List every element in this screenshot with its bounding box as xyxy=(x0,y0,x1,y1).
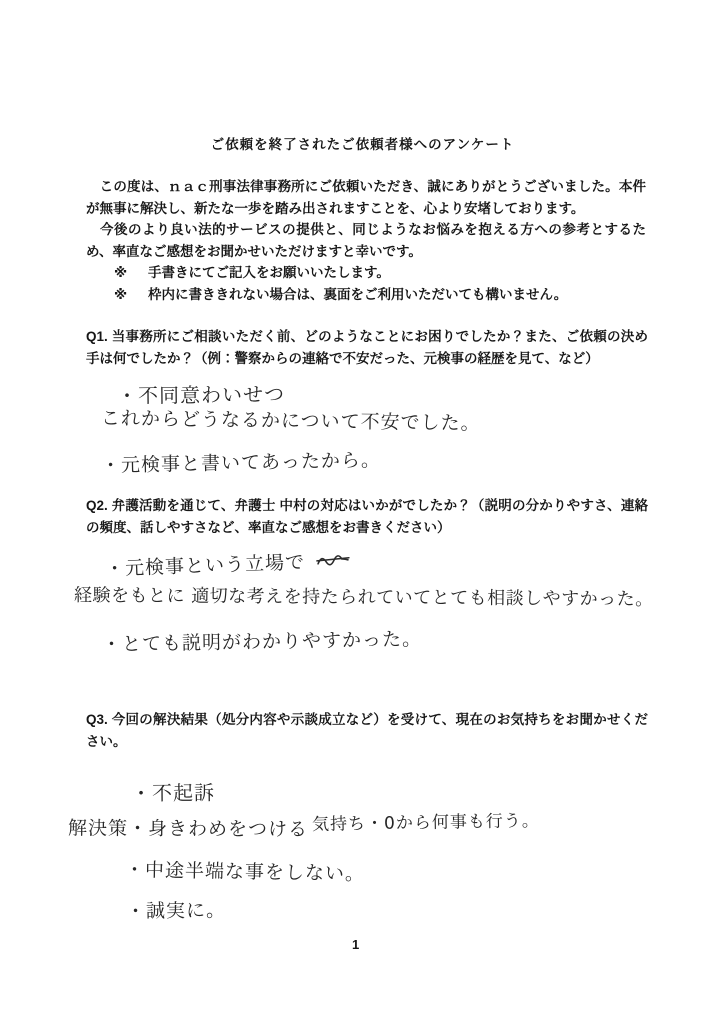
question-2-heading: Q2. 弁護活動を通じて、弁護士 中村の対応はいかがでしたか？（説明の分かりやす… xyxy=(86,495,648,539)
note-backside-allowed: ※ 枠内に書ききれない場合は、裏面をご利用いただいても構いません。 xyxy=(114,284,646,306)
note-marker-icon: ※ xyxy=(114,284,148,306)
q3-handwritten-answer-line-3: ・中途半端な事をしない。 xyxy=(125,855,365,886)
note-text: 枠内に書ききれない場合は、裏面をご利用いただいても構いません。 xyxy=(148,284,567,306)
note-marker-icon: ※ xyxy=(114,262,148,284)
crossed-out-word-scribble xyxy=(316,550,351,573)
q3-handwritten-answer-line-1: ・不起訴 xyxy=(131,777,215,807)
q2-answer-text: ・元検事という立場で xyxy=(105,551,306,580)
q3-handwritten-answer-line-4: ・誠実に。 xyxy=(126,895,226,923)
q2-handwritten-answer-line-2: 経験をもとに 適切な考えを持たられていてとても相談しやすかった。 xyxy=(74,581,654,611)
q1-handwritten-answer-line-3: ・元検事と書いてあったから。 xyxy=(101,445,381,478)
survey-page: ご依頼を終了されたご依頼者様へのアンケート この度は、ｎａｃ刑事法律事務所にご依… xyxy=(0,0,725,1024)
intro-paragraph-1: この度は、ｎａｃ刑事法律事務所にご依頼いただき、誠にありがとうございました。本件… xyxy=(86,176,646,219)
q3-handwritten-answer-line-2-right: 気持ち・0から何事も行う。 xyxy=(312,806,540,835)
note-handwritten-request: ※ 手書きにてご記入をお願いいたします。 xyxy=(114,262,646,284)
question-1-heading: Q1. 当事務所にご相談いただく前、どのようなことにお困りでしたか？また、ご依頼… xyxy=(86,326,648,370)
intro-paragraph-2: 今後のより良い法的サービスの提供と、同じようなお悩みを抱える方への参考とするため… xyxy=(86,219,646,262)
q1-handwritten-answer-line-2: これからどうなるかについて不安でした。 xyxy=(101,403,481,435)
q3-handwritten-answer-line-2-left: 解決策・身きわめをつける xyxy=(68,813,308,841)
page-number: 1 xyxy=(352,937,359,952)
document-title: ご依頼を終了されたご依頼者様へのアンケート xyxy=(0,133,725,153)
q2-handwritten-answer-line-3: ・とても説明がわかりやすかった。 xyxy=(102,624,422,657)
question-3-heading: Q3. 今回の解決結果（処分内容や示談成立など）を受けて、現在のお気持ちをお聞か… xyxy=(86,709,648,753)
q2-handwritten-answer-line-1: ・元検事という立場で xyxy=(105,546,351,582)
intro-section: この度は、ｎａｃ刑事法律事務所にご依頼いただき、誠にありがとうございました。本件… xyxy=(86,176,646,305)
note-text: 手書きにてご記入をお願いいたします。 xyxy=(148,262,390,284)
